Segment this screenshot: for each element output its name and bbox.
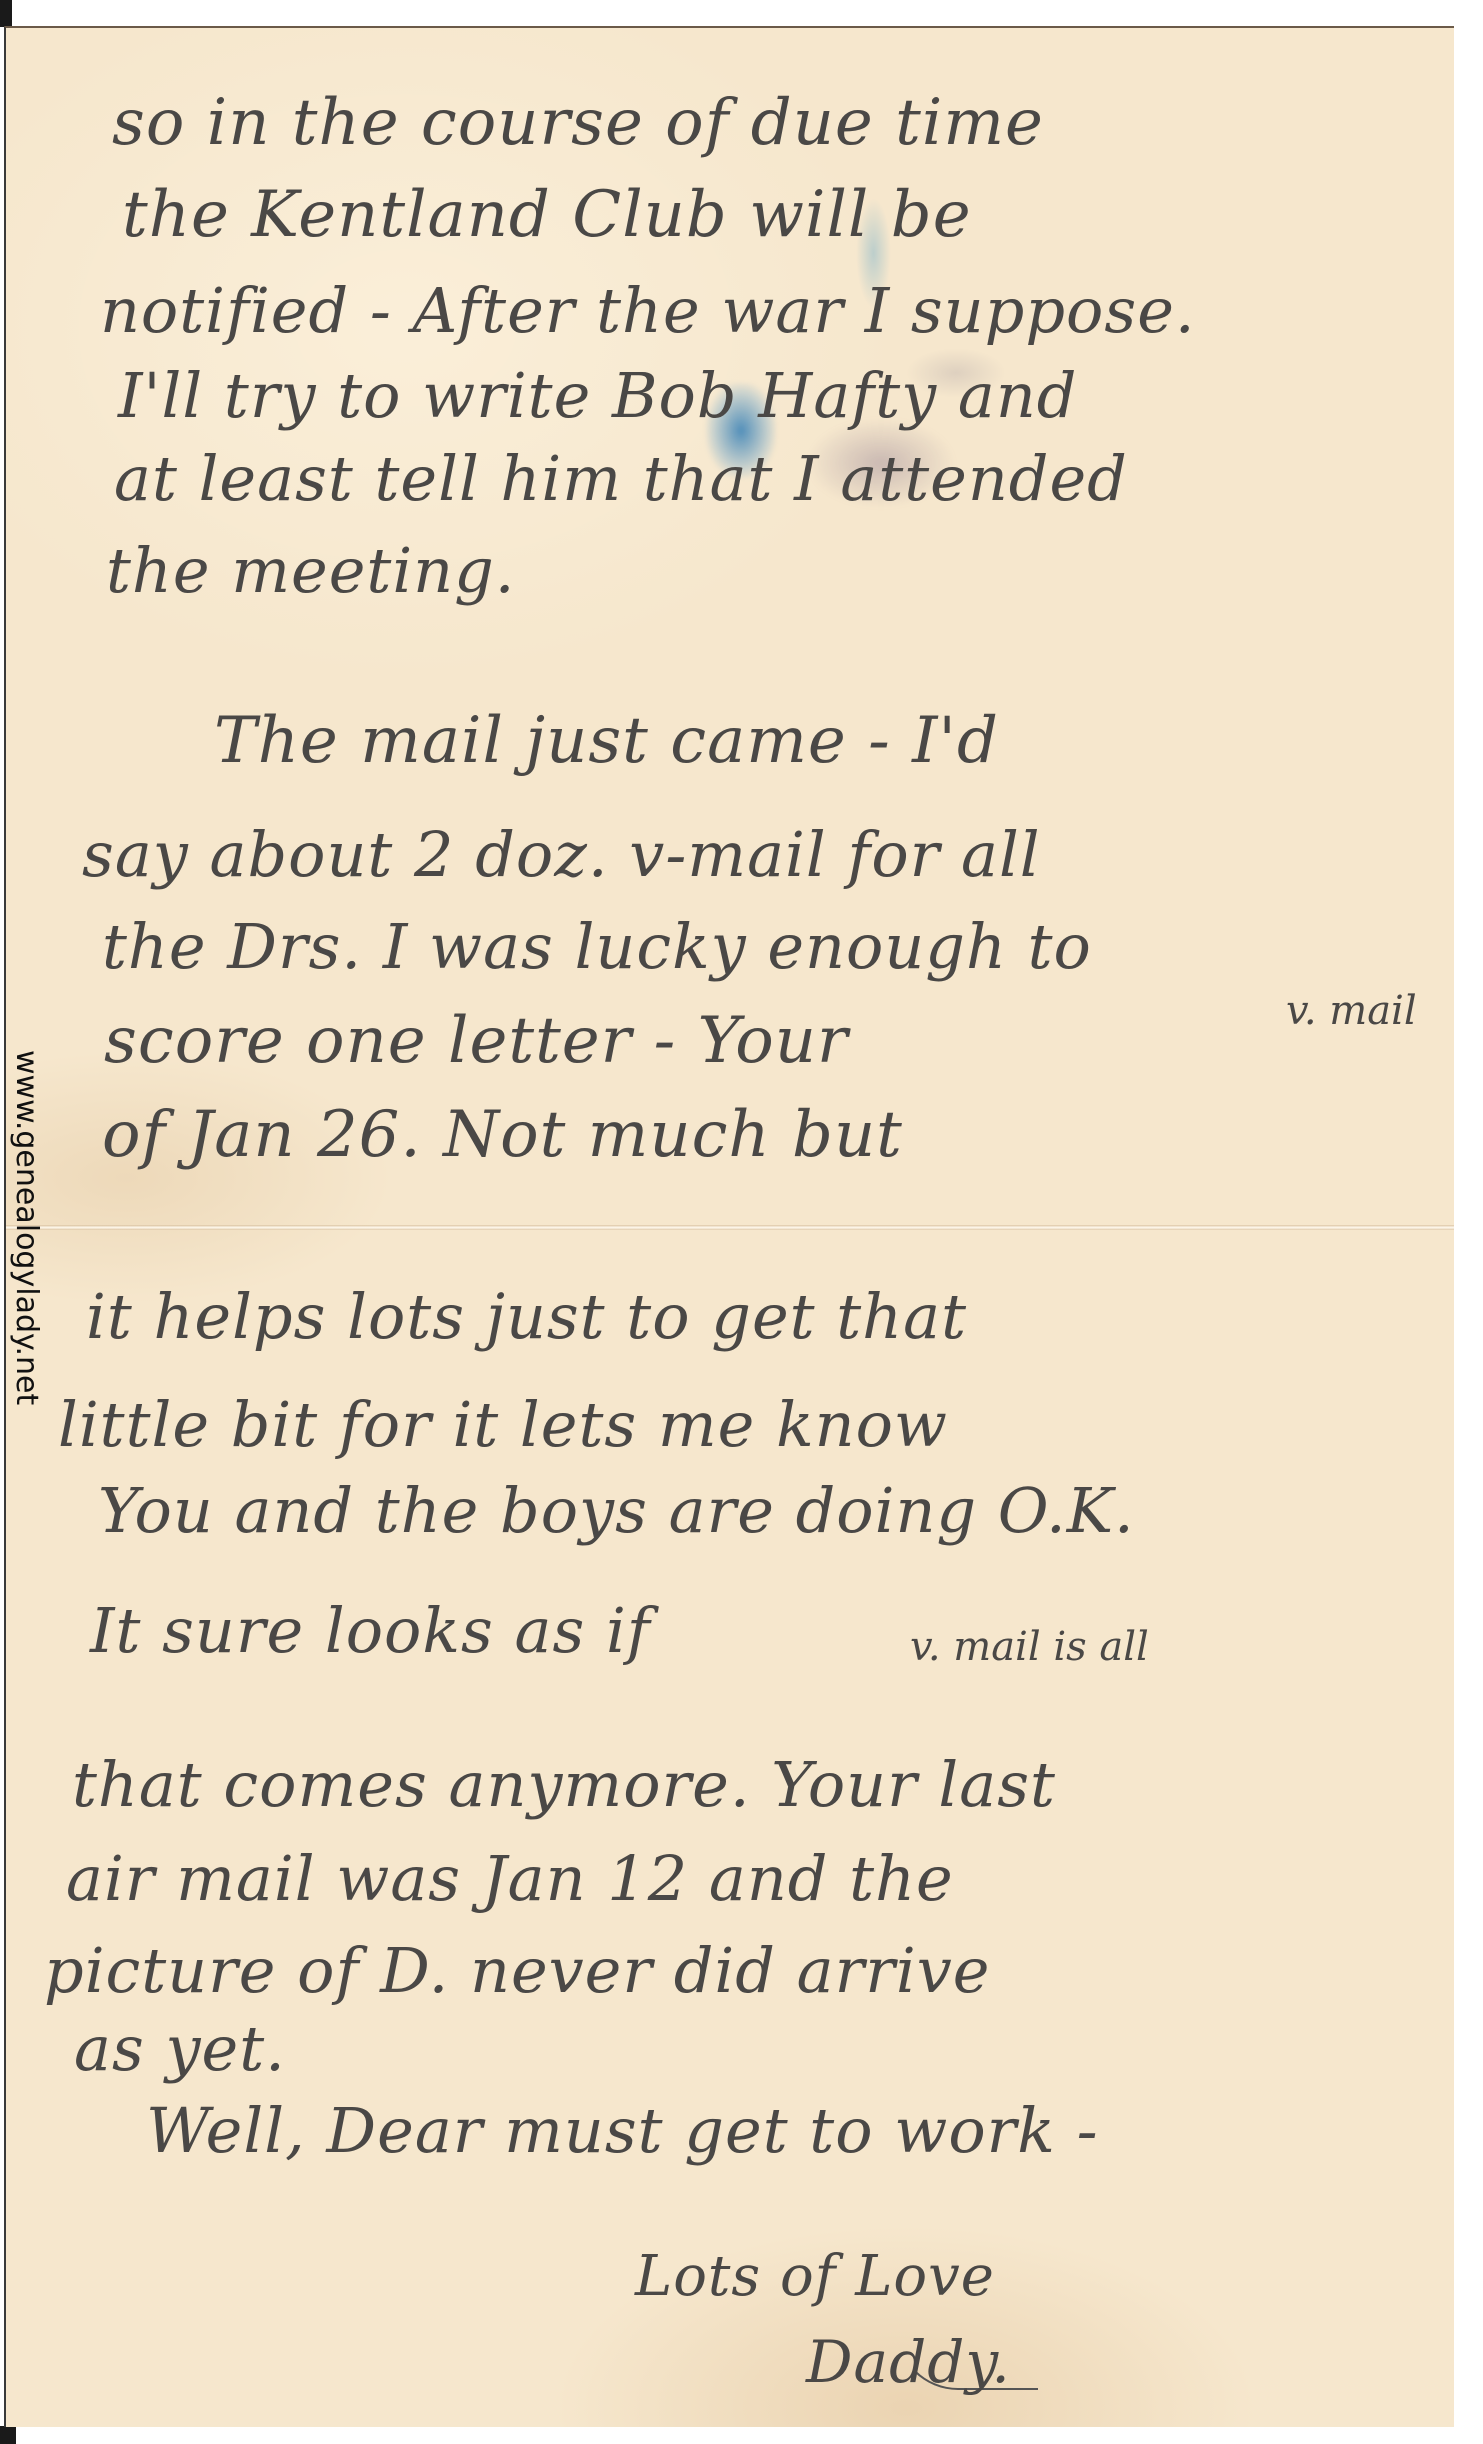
scan-border-top-left — [0, 0, 12, 27]
signature: Daddy. — [806, 2328, 1011, 2396]
letter-line: it helps lots just to get that — [86, 1280, 967, 1353]
letter-line: little bit for it lets me know — [58, 1388, 948, 1461]
closing-salutation: Lots of Love — [635, 2244, 995, 2309]
letter-line: air mail was Jan 12 and the — [66, 1842, 954, 1915]
letter-line: the Drs. I was lucky enough to — [102, 910, 1092, 983]
fold-crease — [6, 1225, 1454, 1230]
letter-line: that comes anymore. Your last — [72, 1748, 1056, 1821]
superscript-v-mail-is-all: v. mail is all — [910, 1624, 1149, 1670]
superscript-v-mail: v. mail — [1286, 988, 1417, 1034]
letter-line: I'll try to write Bob Hafty and — [118, 359, 1078, 432]
letter-page: so in the course of due time the Kentlan… — [4, 26, 1454, 2427]
letter-line: The mail just came - I'd — [214, 704, 999, 778]
letter-line: so in the course of due time — [112, 86, 1044, 160]
letter-line: say about 2 doz. v-mail for all — [82, 818, 1041, 891]
letter-line: score one letter - Your — [104, 1004, 849, 1078]
letter-line: Well, Dear must get to work - — [146, 2094, 1099, 2167]
letter-line: at least tell him that I attended — [114, 442, 1128, 515]
letter-line: the Kentland Club will be — [122, 178, 972, 252]
scan-border-bottom-left — [0, 2426, 16, 2444]
watermark-url: www.genealogylady.net — [8, 1050, 44, 1383]
letter-line: It sure looks as if — [90, 1594, 651, 1667]
letter-line: picture of D. never did arrive — [44, 1934, 990, 2007]
letter-line: of Jan 26. Not much but — [102, 1098, 903, 1172]
letter-line: You and the boys are doing O.K. — [98, 1474, 1135, 1547]
letter-line: as yet. — [74, 2012, 286, 2085]
letter-line: notified - After the war I suppose. — [100, 274, 1196, 347]
letter-line: the meeting. — [106, 534, 516, 607]
